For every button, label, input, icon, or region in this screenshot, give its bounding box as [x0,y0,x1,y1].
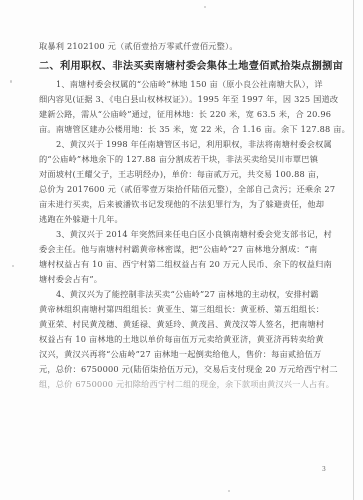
paragraph-1: 1、南塘村委会权属的“公庙岭”林地 150 亩（原小良公社南塘大队），详 细内容… [39,77,324,137]
document-body: 取暴利 2102100 元（贰佰壹拾万零贰仟壹佰元整）。 二、利用职权、非法买卖… [39,39,324,392]
paragraph-line: 委会主任。他与南塘村村霸黄帝林密谋，把“公庙岭”27 亩林地分割成：“南 [39,242,324,257]
paragraph-2: 2、黄汉兴于 1998 年任南塘管区书记，利用职权，非法将南塘村委会权属 的“公… [39,137,324,227]
paragraph-line: 黄亚荣、村民黄茂穗、黄延禄、黄延玲、黄茂昌、黄茂汉等人签名，把南塘村 [39,317,324,332]
paragraph-line: 的“公庙岭”林地余下的 127.88 亩分割成若干块，非法买卖给吴川市覃巴镇 [39,152,324,167]
paragraph-line: 2、黄汉兴于 1998 年任南塘管区书记，利用职权，非法将南塘村委会权属 [39,137,324,152]
paragraph-line: 4、黄汉兴为了能控制非法买卖“公庙岭”27 亩林地的主动权，安排村霸 [39,287,324,302]
paragraph-3: 3、黄汉兴于 2014 年突然回来任电白区小良镇南塘村委会党支部书记，村 委会主… [39,227,324,287]
paragraph-line: 建新公路，需从“公庙岭”通过，征用林地：长 220 米，宽 63.5 米，合 2… [39,107,324,122]
paragraph-line: 元，总价：6750000 元(陆佰柒拾伍万元)，交易后支付现金 20 万元给西宁… [39,362,324,377]
paragraph-line: 塘村委会占有”。 [39,272,324,287]
paragraph-line: 黄帝林组织南塘村第四组组长：黄亚生、第三组组长：黄亚桥、第五组组长： [39,302,324,317]
page-number: 3 [322,466,326,473]
paragraph-line: 1、南塘村委会权属的“公庙岭”林地 150 亩（原小良公社南塘大队），详 [39,77,324,92]
section-heading: 二、利用职权、非法买卖南塘村委会集体土地壹佰贰拾柒点捌捌亩 [39,57,324,77]
paragraph-line: 塘村权益占有 10 亩、西宁村第二组权益占有 20 万元人民币、余下的权益归南 [39,257,324,272]
scan-speck [12,265,14,267]
paragraph-line: 对面坡村(王耀父子，王志明经办)，单价：每亩贰万元，共交易 100.88 亩， [39,167,324,182]
paragraph-4: 4、黄汉兴为了能控制非法买卖“公庙岭”27 亩林地的主动权，安排村霸 黄帝林组织… [39,287,324,392]
paragraph-line: 逃跑在外躲避十几年。 [39,212,324,227]
page-edge-shadow [353,0,354,500]
scan-speck [228,490,230,492]
paragraph-line: 亩。南塘管区建办公楼用地：长 35 米，宽 22 米，合 1.16 亩。余下 1… [39,122,324,137]
paragraph-line: 汉兴，黄汉兴再将“公庙岭”27 亩林地一起倒卖给他人，售价：每亩贰拾伍万 [39,347,324,362]
paragraph-line: 3、黄汉兴于 2014 年突然回来任电白区小良镇南塘村委会党支部书记，村 [39,227,324,242]
opening-line: 取暴利 2102100 元（贰佰壹拾万零贰仟壹佰元整）。 [39,39,324,54]
scan-speck [204,6,206,8]
paragraph-line: 总价为 2017600 元（贰佰零壹万柒拾仟陆佰元整），全部自己贪污；还乘余 2… [39,182,324,197]
paragraph-line: 权益占有 10 亩林地的土地以单价每亩伍万元卖给黄亚济，黄亚济再转卖给黄 [39,332,324,347]
paragraph-line: 组，总价 6750000 元扣除给西宁村二组的现金，余下款项由黄汉兴一人占有。 [39,377,324,392]
paragraph-line: 细内容见(证据 3、《电白县山权林权证》）。1995 年至 1997 年，因 3… [39,92,324,107]
paragraph-line: 亩未进行买卖，后来被潘钦书记发现他的不法犯罪行为，为了躲避责任，他却 [39,197,324,212]
scan-speck [10,80,12,83]
scanned-document-page: 取暴利 2102100 元（贰佰壹拾万零贰仟壹佰元整）。 二、利用职权、非法买卖… [0,0,363,500]
